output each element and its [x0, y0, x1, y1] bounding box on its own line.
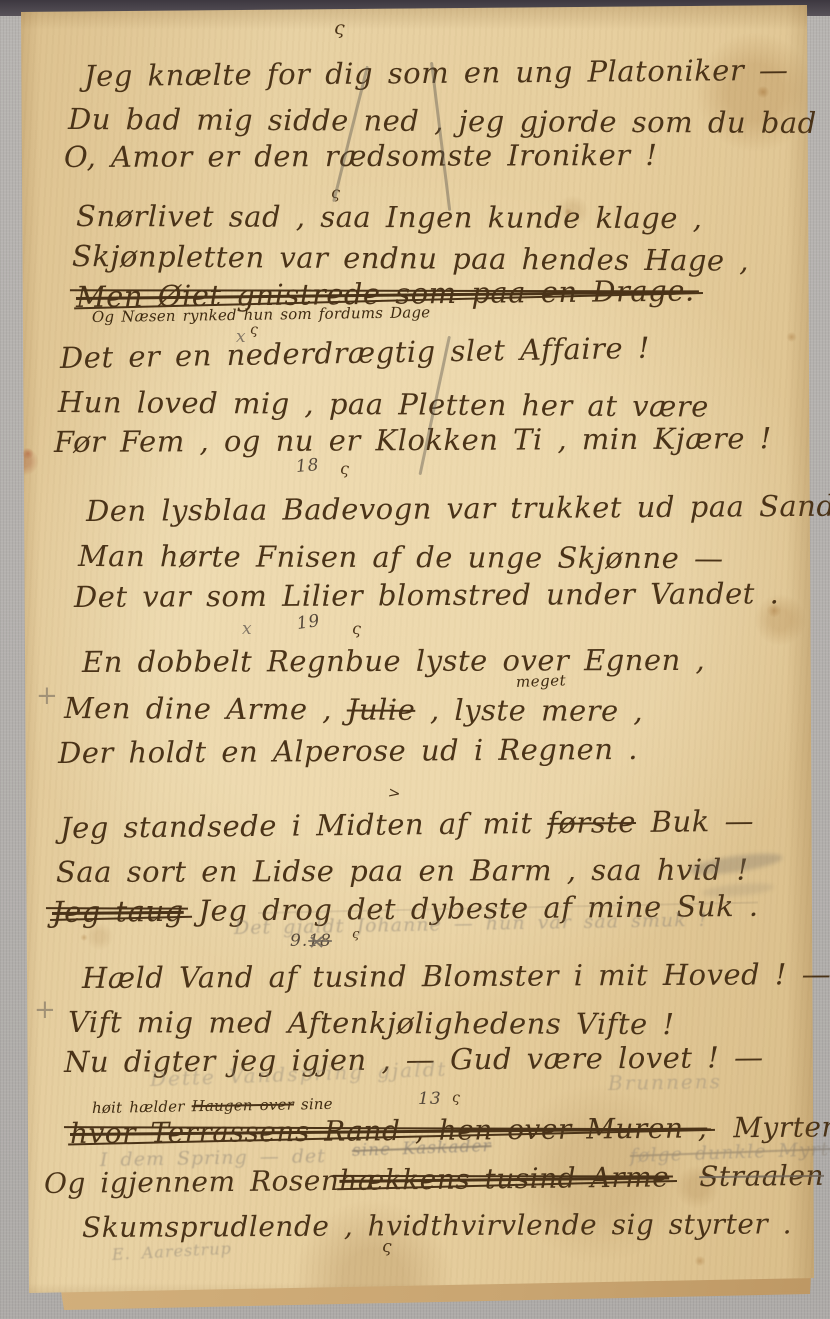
pencil-plus-mark: + — [36, 682, 58, 712]
struck-text: Jeg taug — [52, 894, 184, 929]
separator-squiggle: ς — [382, 1238, 392, 1258]
pencil-draft-ghost: Brunnens — [608, 1070, 722, 1095]
text-run: , lyste — [415, 693, 541, 728]
stanza6-line2: Saa sort en Lidse paa en Barm , saa hvid… — [56, 854, 749, 890]
pencil-struck-word: Straalen — [669, 1159, 824, 1194]
stanza5-line2: Men dine Arme , Julie , lyste mere , — [64, 692, 643, 728]
stanza8-line3: Skumsprudlende , hvidthvirvlende sig sty… — [82, 1208, 792, 1244]
separator-squiggle: ς — [452, 1090, 460, 1106]
text-run: Buk — — [636, 804, 754, 839]
struck-text: hækkens tusind Arme — [339, 1160, 669, 1196]
stanza1-line3: O, Amor er den rædsomste Ironiker ! — [64, 139, 658, 174]
text-run: Og igjennem Rosen — [44, 1164, 340, 1200]
text-run: mere , — [541, 693, 643, 728]
pencil-cross-mark: x — [242, 620, 252, 640]
stanza4-line3: Det var som Lilier blomstred under Vande… — [74, 577, 779, 614]
pencil-plus-mark: + — [34, 996, 56, 1026]
caret-mark: > — [387, 784, 402, 803]
separator-squiggle: ς — [250, 322, 258, 338]
stanza3-line2: Hun loved mig , paa Pletten her at være — [58, 386, 709, 424]
stanza-number-19: 19 — [296, 612, 322, 635]
text-run: Men dine Arme , — [64, 691, 347, 726]
stanza3-line3: Før Fem , og nu er Klokken Ti , min Kjær… — [54, 422, 772, 459]
stanza5-line1: En dobbelt Regnbue lyste over Egnen , — [82, 644, 705, 680]
manuscript-scan: ς ς Jeg knælte for dig som en ung Platon… — [0, 0, 830, 1319]
separator-squiggle: ς — [352, 928, 360, 943]
struck-name: Julie — [347, 692, 416, 726]
stanza2-line1: Snørlivet sad , saa Ingen kunde klage , — [76, 200, 702, 236]
stanza-number-18: 18 — [295, 456, 320, 478]
number-9: 9. — [290, 931, 308, 951]
stanza7-line2: Vift mig med Aftenkjølighedens Vifte ! — [68, 1006, 675, 1041]
separator-squiggle: ς — [334, 18, 345, 40]
struck-text: Haugen over — [191, 1095, 294, 1115]
text-run: sine — [294, 1095, 333, 1114]
number-18-crossed: 18 — [308, 931, 332, 951]
stanza4-line2: Man hørte Fnisen af de unge Skjønne — — [78, 540, 724, 576]
stanza2-line2: Skjønpletten var endnu paa hendes Hage , — [72, 240, 749, 278]
separator-squiggle: ς — [352, 620, 361, 638]
stanza4-line1: Den lysblaa Badevogn var trukket ud paa … — [86, 489, 830, 528]
separator-squiggle: ς — [340, 460, 349, 478]
stanza5-inserted-word: meget — [516, 672, 567, 691]
stanza5-line3: Der holdt en Alperose ud i Regnen . — [58, 733, 638, 770]
text-run: høit hælder — [92, 1097, 192, 1117]
stanza1-line2: Du bad mig sidde ned , jeg gjorde som du… — [68, 103, 830, 140]
stanza7-line1: Hæld Vand af tusind Blomster i mit Hoved… — [82, 958, 830, 995]
stanza-number-13: 13 — [418, 1090, 442, 1110]
struck-word: første — [547, 805, 636, 840]
text-run: Jeg standsede i Midten af mit — [60, 806, 548, 845]
